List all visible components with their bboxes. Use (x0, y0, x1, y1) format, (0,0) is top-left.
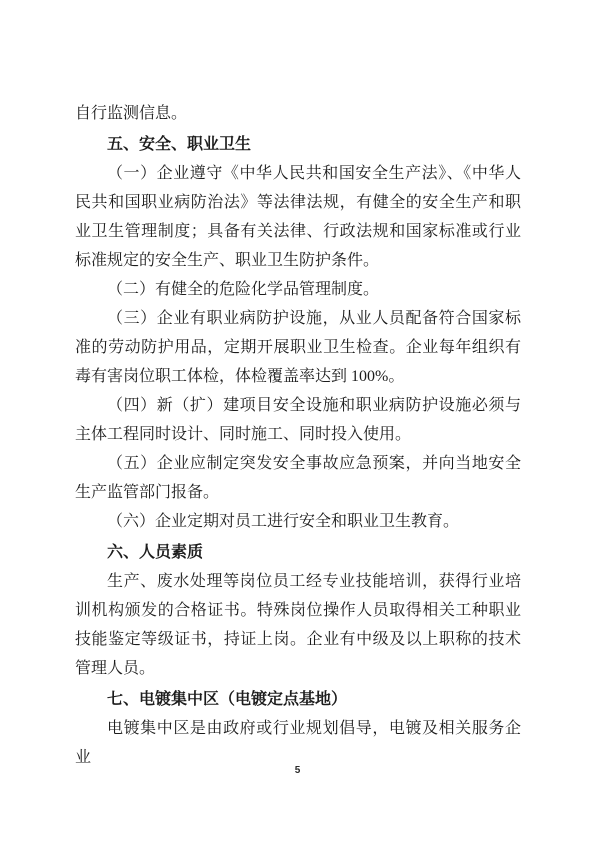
paragraph: （三）企业有职业病防护设施，从业人员配备符合国家标准的劳动防护用品，定期开展职业… (75, 304, 521, 391)
paragraph: （四）新（扩）建项目安全设施和职业病防护设施必须与主体工程同时设计、同时施工、同… (75, 391, 521, 449)
page-number: 5 (0, 765, 595, 776)
paragraph: （二）有健全的危险化学品管理制度。 (75, 275, 521, 304)
paragraph: （六）企业定期对员工进行安全和职业卫生教育。 (75, 507, 521, 536)
document-body: 自行监测信息。五、安全、职业卫生（一）企业遵守《中华人民共和国安全生产法》、《中… (75, 99, 521, 772)
paragraph: 电镀集中区是由政府或行业规划倡导，电镀及相关服务企业 (75, 714, 521, 772)
paragraph: 生产、废水处理等岗位员工经专业技能培训，获得行业培训机构颁发的合格证书。特殊岗位… (75, 567, 521, 683)
section-heading: 六、人员素质 (75, 538, 521, 567)
paragraph: 自行监测信息。 (75, 99, 521, 128)
section-heading: 五、安全、职业卫生 (75, 130, 521, 159)
section-heading: 七、电镀集中区（电镀定点基地） (75, 685, 521, 714)
document-page: 自行监测信息。五、安全、职业卫生（一）企业遵守《中华人民共和国安全生产法》、《中… (0, 0, 595, 841)
paragraph: （一）企业遵守《中华人民共和国安全生产法》、《中华人民共和国职业病防治法》等法律… (75, 159, 521, 275)
paragraph: （五）企业应制定突发安全事故应急预案，并向当地安全生产监管部门报备。 (75, 449, 521, 507)
